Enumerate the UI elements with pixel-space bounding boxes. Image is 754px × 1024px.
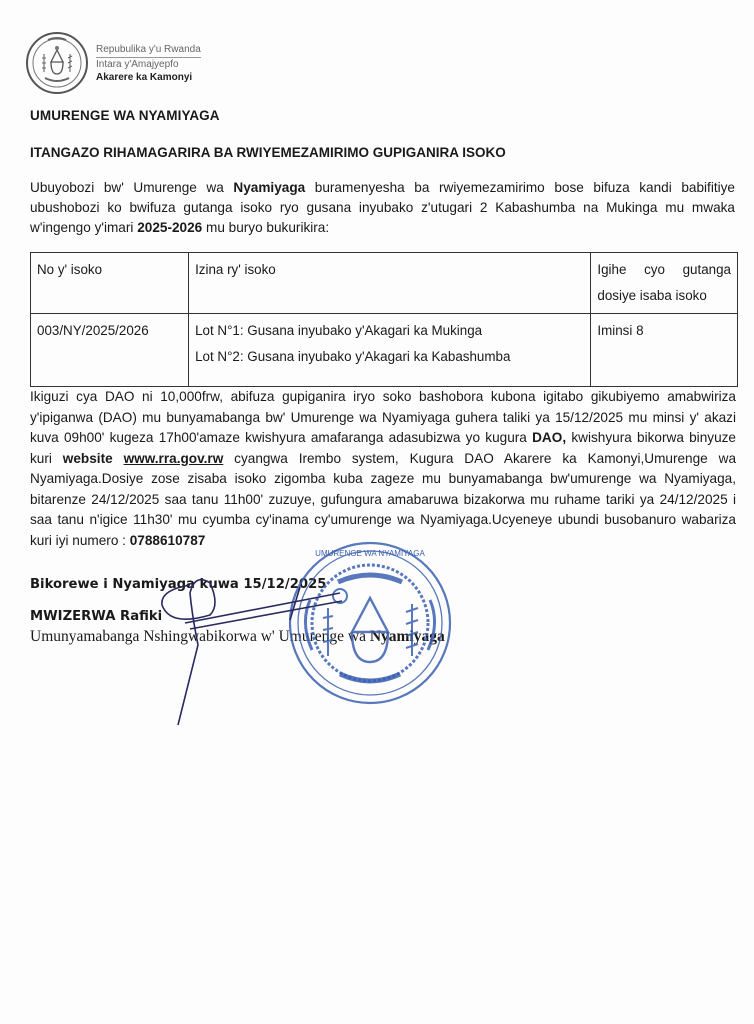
signer-name: MWIZERWA Rafiki bbox=[30, 609, 162, 624]
signer-title-sector: Nyamiyaga bbox=[370, 628, 445, 645]
letterhead-district: Akarere ka Kamonyi bbox=[96, 71, 201, 84]
contact-phone-number: 0788610787 bbox=[130, 533, 206, 548]
header-tender-name: Izina ry' isoko bbox=[189, 253, 591, 314]
website-label: website bbox=[63, 451, 113, 466]
letterhead-country: Repubulika y'u Rwanda bbox=[96, 43, 201, 58]
intro-paragraph: Ubuyobozi bw' Umurenge wa Nyamiyaga bura… bbox=[30, 178, 735, 238]
intro-text: mu buryo bukurikira: bbox=[202, 220, 329, 235]
letterhead-province: Intara y'Amajyepfo bbox=[96, 58, 201, 71]
intro-sector-name: Nyamiyaga bbox=[233, 180, 305, 195]
intro-text: Ubuyobozi bw' Umurenge wa bbox=[30, 180, 233, 195]
header-tender-number: No y' isoko bbox=[31, 253, 189, 314]
tender-table: No y' isoko Izina ry' isoko Igihe cyo gu… bbox=[30, 252, 738, 387]
table-header-row: No y' isoko Izina ry' isoko Igihe cyo gu… bbox=[31, 253, 738, 314]
lot-item: Lot N°2: Gusana inyubako y'Akagari ka Ka… bbox=[195, 344, 584, 370]
sector-title: UMURENGE WA NYAMIYAGA bbox=[30, 108, 220, 123]
signed-place-date: Bikorewe i Nyamiyaga kuwa 15/12/2025 bbox=[30, 577, 326, 592]
letterhead: Repubulika y'u Rwanda Intara y'Amajyepfo… bbox=[26, 32, 201, 94]
handwritten-signature-icon bbox=[150, 565, 350, 745]
tender-lots: Lot N°1: Gusana inyubako y'Akagari ka Mu… bbox=[189, 314, 591, 387]
lot-item: Lot N°1: Gusana inyubako y'Akagari ka Mu… bbox=[195, 318, 584, 344]
submission-deadline: Iminsi 8 bbox=[591, 314, 738, 387]
notice-title: ITANGAZO RIHAMAGARIRA BA RWIYEMEZAMIRIMO… bbox=[30, 145, 506, 160]
header-submission-period: Igihe cyo gutanga dosiye isaba isoko bbox=[591, 253, 738, 314]
tender-number: 003/NY/2025/2026 bbox=[31, 314, 189, 387]
table-row: 003/NY/2025/2026 Lot N°1: Gusana inyubak… bbox=[31, 314, 738, 387]
signer-title: Umunyamabanga Nshingwabikorwa w' Umureng… bbox=[30, 628, 445, 646]
details-paragraph: Ikiguzi cya DAO ni 10,000frw, abifuza gu… bbox=[30, 387, 736, 551]
coat-of-arms-icon bbox=[26, 32, 88, 94]
document-page: Repubulika y'u Rwanda Intara y'Amajyepfo… bbox=[0, 0, 754, 1024]
dao-bold: DAO, bbox=[532, 430, 566, 445]
signer-title-text: Umunyamabanga Nshingwabikorwa w' Umureng… bbox=[30, 628, 370, 645]
official-stamp-icon: UMURENGE WA NYAMIYAGA bbox=[270, 538, 480, 708]
rra-website-link[interactable]: www.rra.gov.rw bbox=[124, 451, 224, 466]
intro-fiscal-year: 2025-2026 bbox=[137, 220, 202, 235]
